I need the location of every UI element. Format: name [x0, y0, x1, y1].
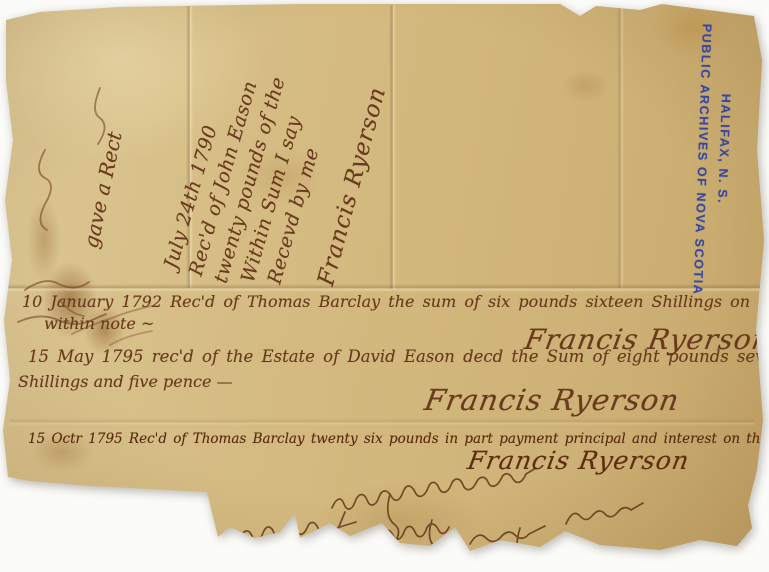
inverted-writing-scribble	[218, 468, 643, 558]
fold-crease-horizontal-2	[10, 418, 755, 426]
archive-stamp-line2: HALIFAX, N. S.	[715, 94, 733, 205]
paper-sheet: PUBLIC ARCHIVES OF NOVA SCOTIA HALIFAX, …	[0, 0, 769, 572]
fold-crease-horizontal-1	[4, 284, 761, 292]
entry-may1795-signature: Francis Ryerson	[422, 383, 682, 417]
archive-stamp-line1: PUBLIC ARCHIVES OF NOVA SCOTIA	[691, 24, 714, 296]
entry-1792-line2: within note ~	[44, 314, 154, 333]
paper-surface: PUBLIC ARCHIVES OF NOVA SCOTIA HALIFAX, …	[0, 0, 769, 572]
entry-may1795-line1: 15 May 1795 rec'd of the Estate of David…	[28, 347, 769, 366]
entry-oct1795-signature: Francis Ryerson	[465, 446, 691, 475]
margin-note: gave a Rect	[79, 69, 142, 250]
entry-oct1795-line1: 15 Octr 1795 Rec'd of Thomas Barclay twe…	[28, 431, 769, 447]
entry-may1795-line2: Shillings and five pence —	[18, 372, 233, 391]
scanned-document: PUBLIC ARCHIVES OF NOVA SCOTIA HALIFAX, …	[0, 0, 769, 572]
fold-crease-vertical-3	[617, 6, 624, 288]
entry-1792-line1: 10 January 1792 Rec'd of Thomas Barclay …	[22, 292, 769, 311]
